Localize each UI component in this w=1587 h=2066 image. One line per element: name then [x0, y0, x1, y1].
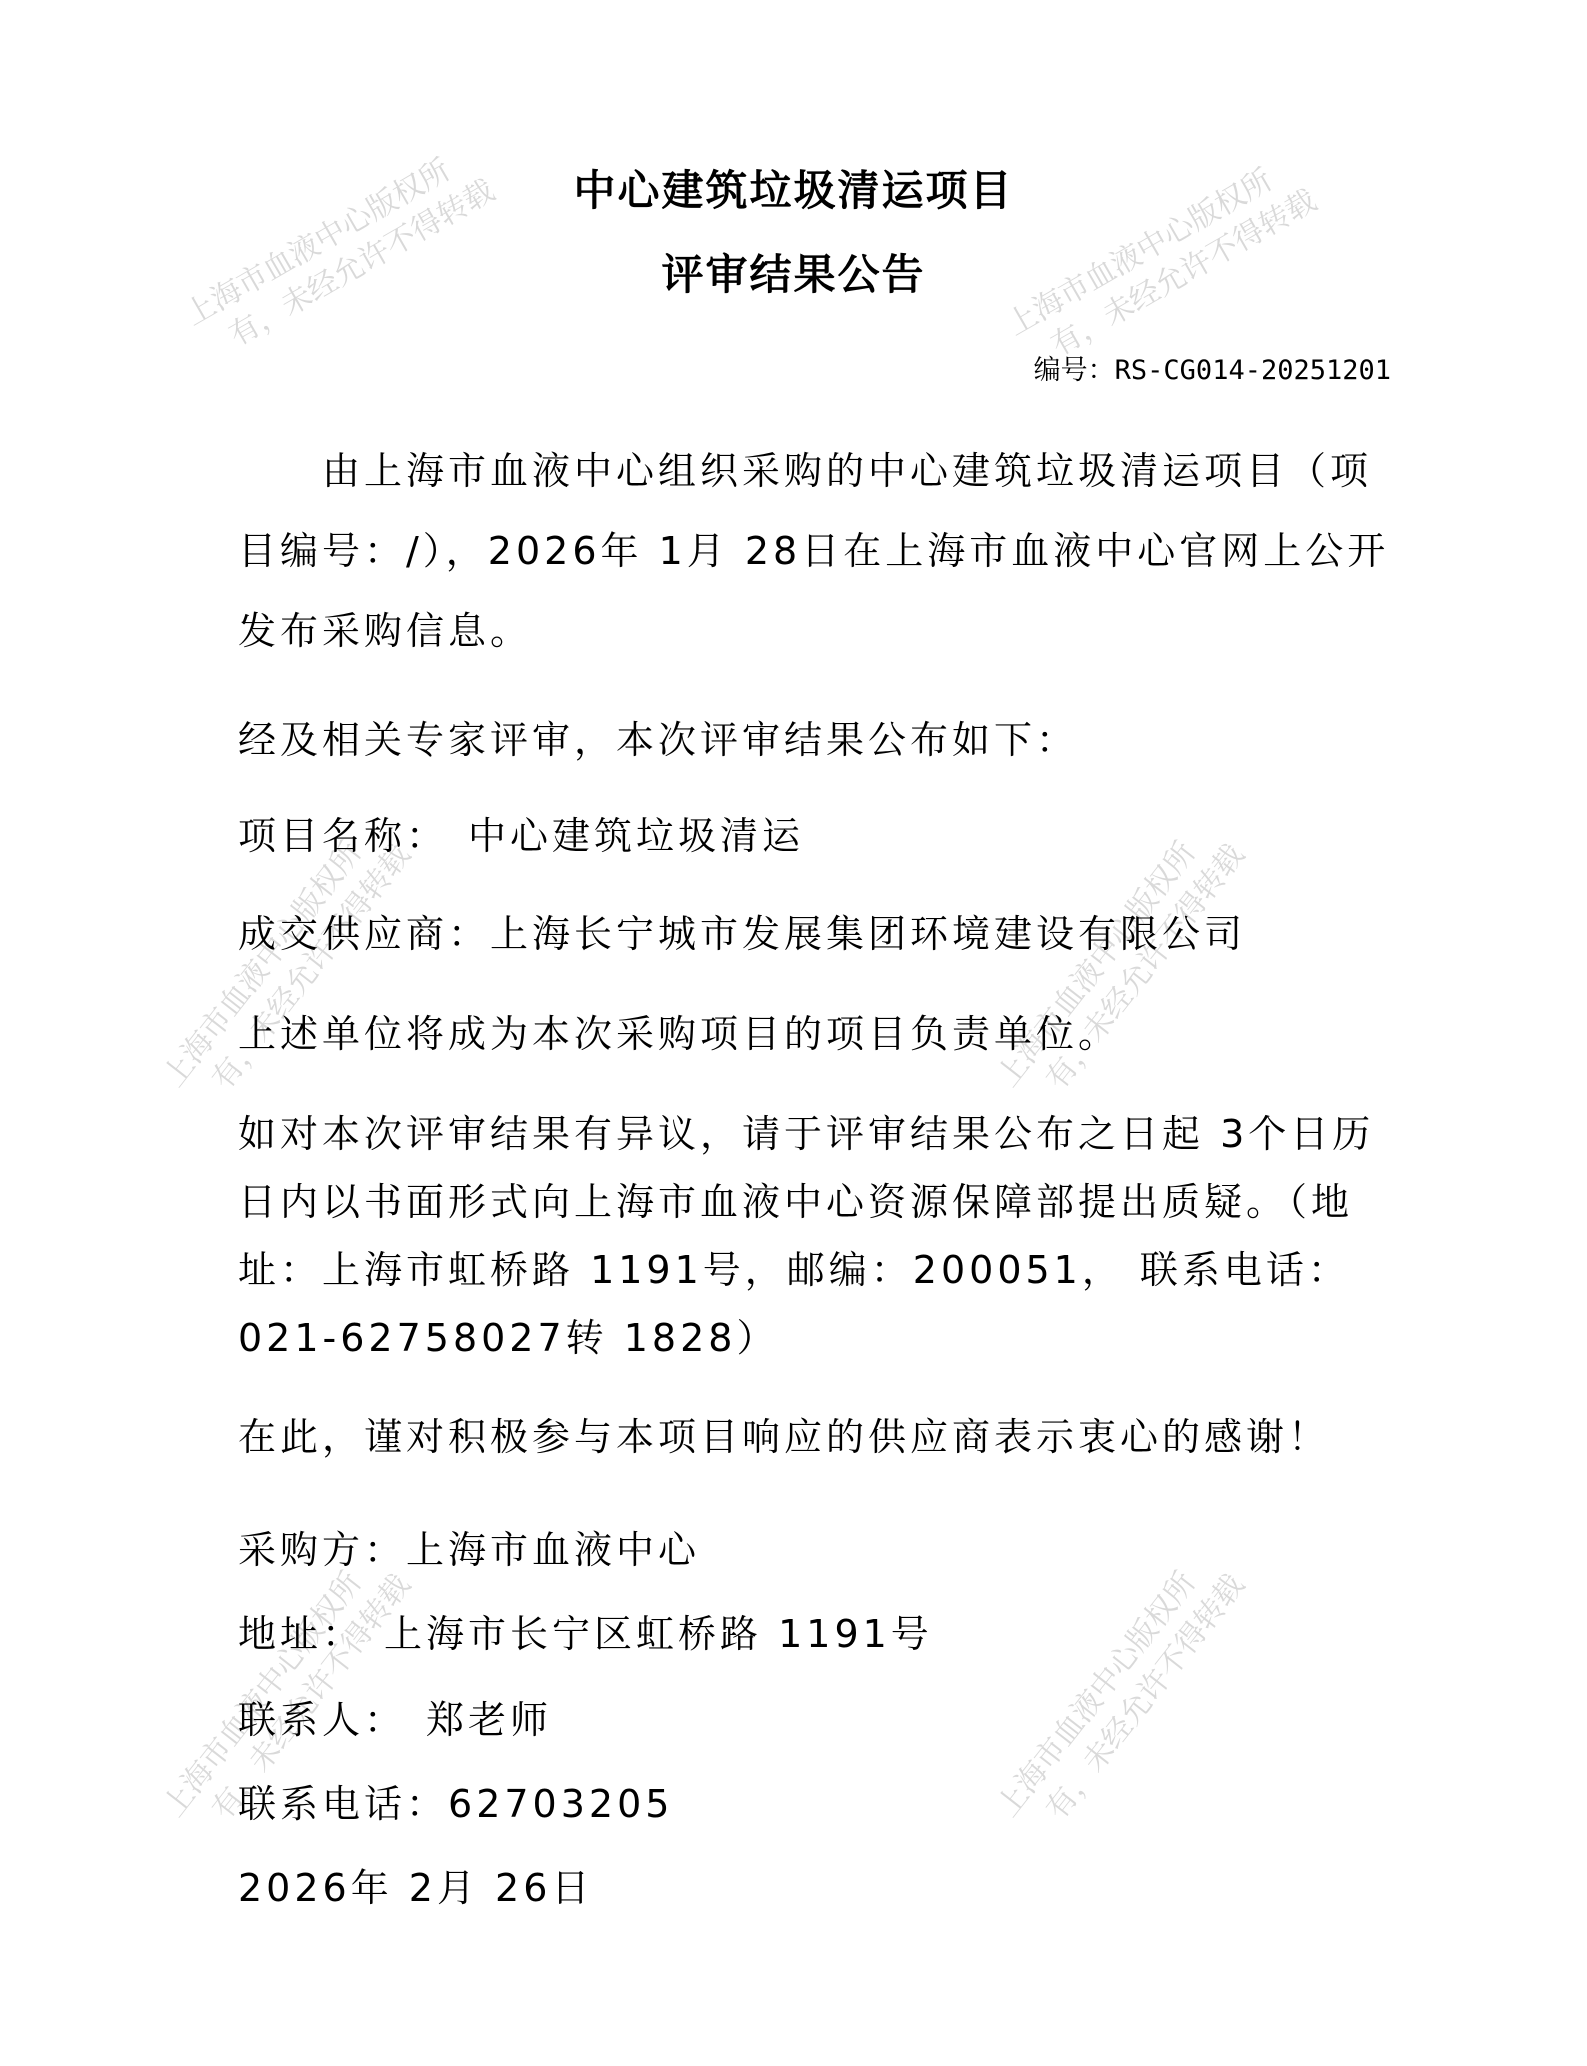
supplier-row: 成交供应商：上海长宁城市发展集团环境建设有限公司 [238, 910, 1246, 958]
project-name-label: 项目名称： [238, 814, 448, 858]
purchaser-label: 采购方： [238, 1528, 406, 1572]
contact-phone-row: 联系电话：62703205 [238, 1780, 673, 1828]
document-page: 上海市血液中心版权所 有，未经允许不得转载 上海市血液中心版权所 有，未经允许不… [0, 0, 1587, 2066]
watermark: 上海市血液中心版权所 有，未经允许不得转载 [989, 812, 1254, 1120]
supplier-label: 成交供应商： [238, 912, 490, 956]
watermark: 上海市血液中心版权所 有，未经允许不得转载 [989, 1542, 1254, 1850]
address-label: 地址： [238, 1612, 364, 1656]
thanks-statement: 在此，谨对积极参与本项目响应的供应商表示衷心的感谢！ [238, 1413, 1330, 1461]
contact-person-label: 联系人： [238, 1698, 406, 1742]
review-statement: 经及相关专家评审，本次评审结果公布如下： [238, 716, 1078, 764]
project-name-value: 中心建筑垃圾清运 [468, 814, 804, 858]
document-number-label: 编号： [1034, 355, 1115, 386]
objection-paragraph-line-1: 如对本次评审结果有异议，请于评审结果公布之日起 3个日历 [238, 1110, 1374, 1158]
project-name-row: 项目名称：中心建筑垃圾清运 [238, 812, 804, 860]
contact-phone-label: 联系电话： [238, 1782, 448, 1826]
intro-paragraph-line-2: 目编号：/），2026年 1月 28日在上海市血液中心官网上公开 [238, 527, 1389, 575]
objection-paragraph-line-3: 址：上海市虹桥路 1191号，邮编：200051， 联系电话： [238, 1246, 1350, 1294]
contact-person-row: 联系人：郑老师 [238, 1696, 552, 1744]
address-row: 地址：上海市长宁区虹桥路 1191号 [238, 1610, 933, 1658]
document-number: 编号：RS-CG014-20251201 [1034, 348, 1391, 387]
objection-paragraph-line-2: 日内以书面形式向上海市血液中心资源保障部提出质疑。（地 [238, 1178, 1353, 1226]
document-subtitle: 评审结果公告 [0, 242, 1587, 302]
responsibility-statement: 上述单位将成为本次采购项目的项目负责单位。 [238, 1010, 1120, 1058]
announcement-date: 2026年 2月 26日 [238, 1864, 593, 1912]
objection-paragraph-line-4: 021-62758027转 1828） [238, 1314, 778, 1362]
intro-paragraph-line-3: 发布采购信息。 [238, 607, 532, 655]
contact-phone-value: 62703205 [448, 1782, 673, 1826]
address-value: 上海市长宁区虹桥路 1191号 [384, 1612, 933, 1656]
contact-person-value: 郑老师 [426, 1698, 552, 1742]
purchaser-value: 上海市血液中心 [406, 1528, 700, 1572]
document-number-value: RS-CG014-20251201 [1115, 355, 1391, 386]
intro-paragraph-line-1: 由上海市血液中心组织采购的中心建筑垃圾清运项目（项 [322, 447, 1372, 495]
purchaser-row: 采购方：上海市血液中心 [238, 1526, 700, 1574]
document-title: 中心建筑垃圾清运项目 [0, 158, 1587, 218]
supplier-value: 上海长宁城市发展集团环境建设有限公司 [490, 912, 1246, 956]
